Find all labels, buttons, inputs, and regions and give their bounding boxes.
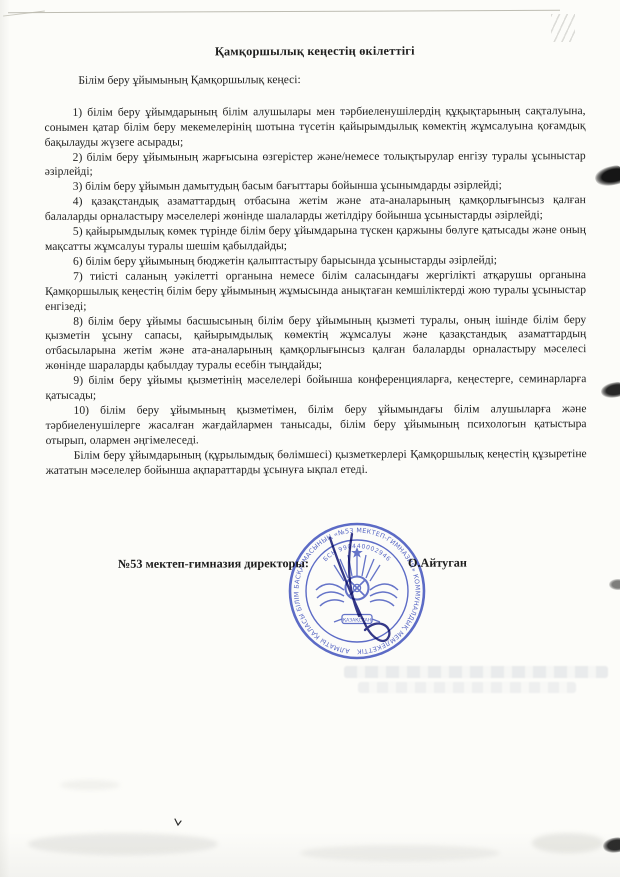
scan-smudge-bottom-1 <box>28 833 218 855</box>
bleed-through-text-line-1 <box>344 666 608 678</box>
clause-5: 5) қайырымдылық көмек түрінде білім беру… <box>45 223 586 255</box>
handwritten-signature <box>300 520 410 660</box>
scan-ink-blob-4 <box>602 837 620 854</box>
scan-corner-line <box>3 10 45 16</box>
scan-smudge-bottom-4 <box>60 780 120 790</box>
pen-mark-icon <box>172 817 184 829</box>
scan-ink-blob-2 <box>600 381 620 399</box>
scanned-document-page: Қамқоршылық кеңестің өкілеттігі Білім бе… <box>0 0 620 877</box>
clause-7: 7) тиісті саланың уәкілетті органына нем… <box>45 268 586 315</box>
scan-top-edge-line <box>8 10 560 14</box>
scan-ink-blob-3 <box>609 579 620 590</box>
clause-1: 1) білім беру ұйымдарының білім алушылар… <box>44 104 585 151</box>
clause-8: 8) білім беру ұйымы басшысының білім бер… <box>45 313 586 375</box>
bleed-through-text-line-2 <box>358 682 576 693</box>
clause-9: 9) білім беру ұйымы қызметінің мәселелер… <box>45 372 586 404</box>
closing-paragraph: Білім беру ұйымдарының (құрылымдық бөлім… <box>46 447 587 479</box>
director-label: №53 мектеп-гимназия директоры: <box>118 556 309 571</box>
document-body: Қамқоршылық кеңестің өкілеттігі Білім бе… <box>44 43 587 478</box>
scan-smudge-topright <box>551 14 575 42</box>
intro-line: Білім беру ұйымының Қамқоршылық кеңесі: <box>44 72 585 89</box>
clause-10: 10) білім беру ұйымының қызметімен, білі… <box>45 402 586 449</box>
scan-smudge-bottom-2 <box>300 845 500 861</box>
clause-4: 4) қазақстандық азаматтардың отбасына же… <box>45 193 586 225</box>
scan-smudge-bottom-3 <box>532 833 604 853</box>
scan-ink-blob-1 <box>593 164 620 188</box>
document-title: Қамқоршылық кеңестің өкілеттігі <box>44 43 585 60</box>
clause-2: 2) білім беру ұйымының жарғысына өзгеріс… <box>45 149 586 181</box>
